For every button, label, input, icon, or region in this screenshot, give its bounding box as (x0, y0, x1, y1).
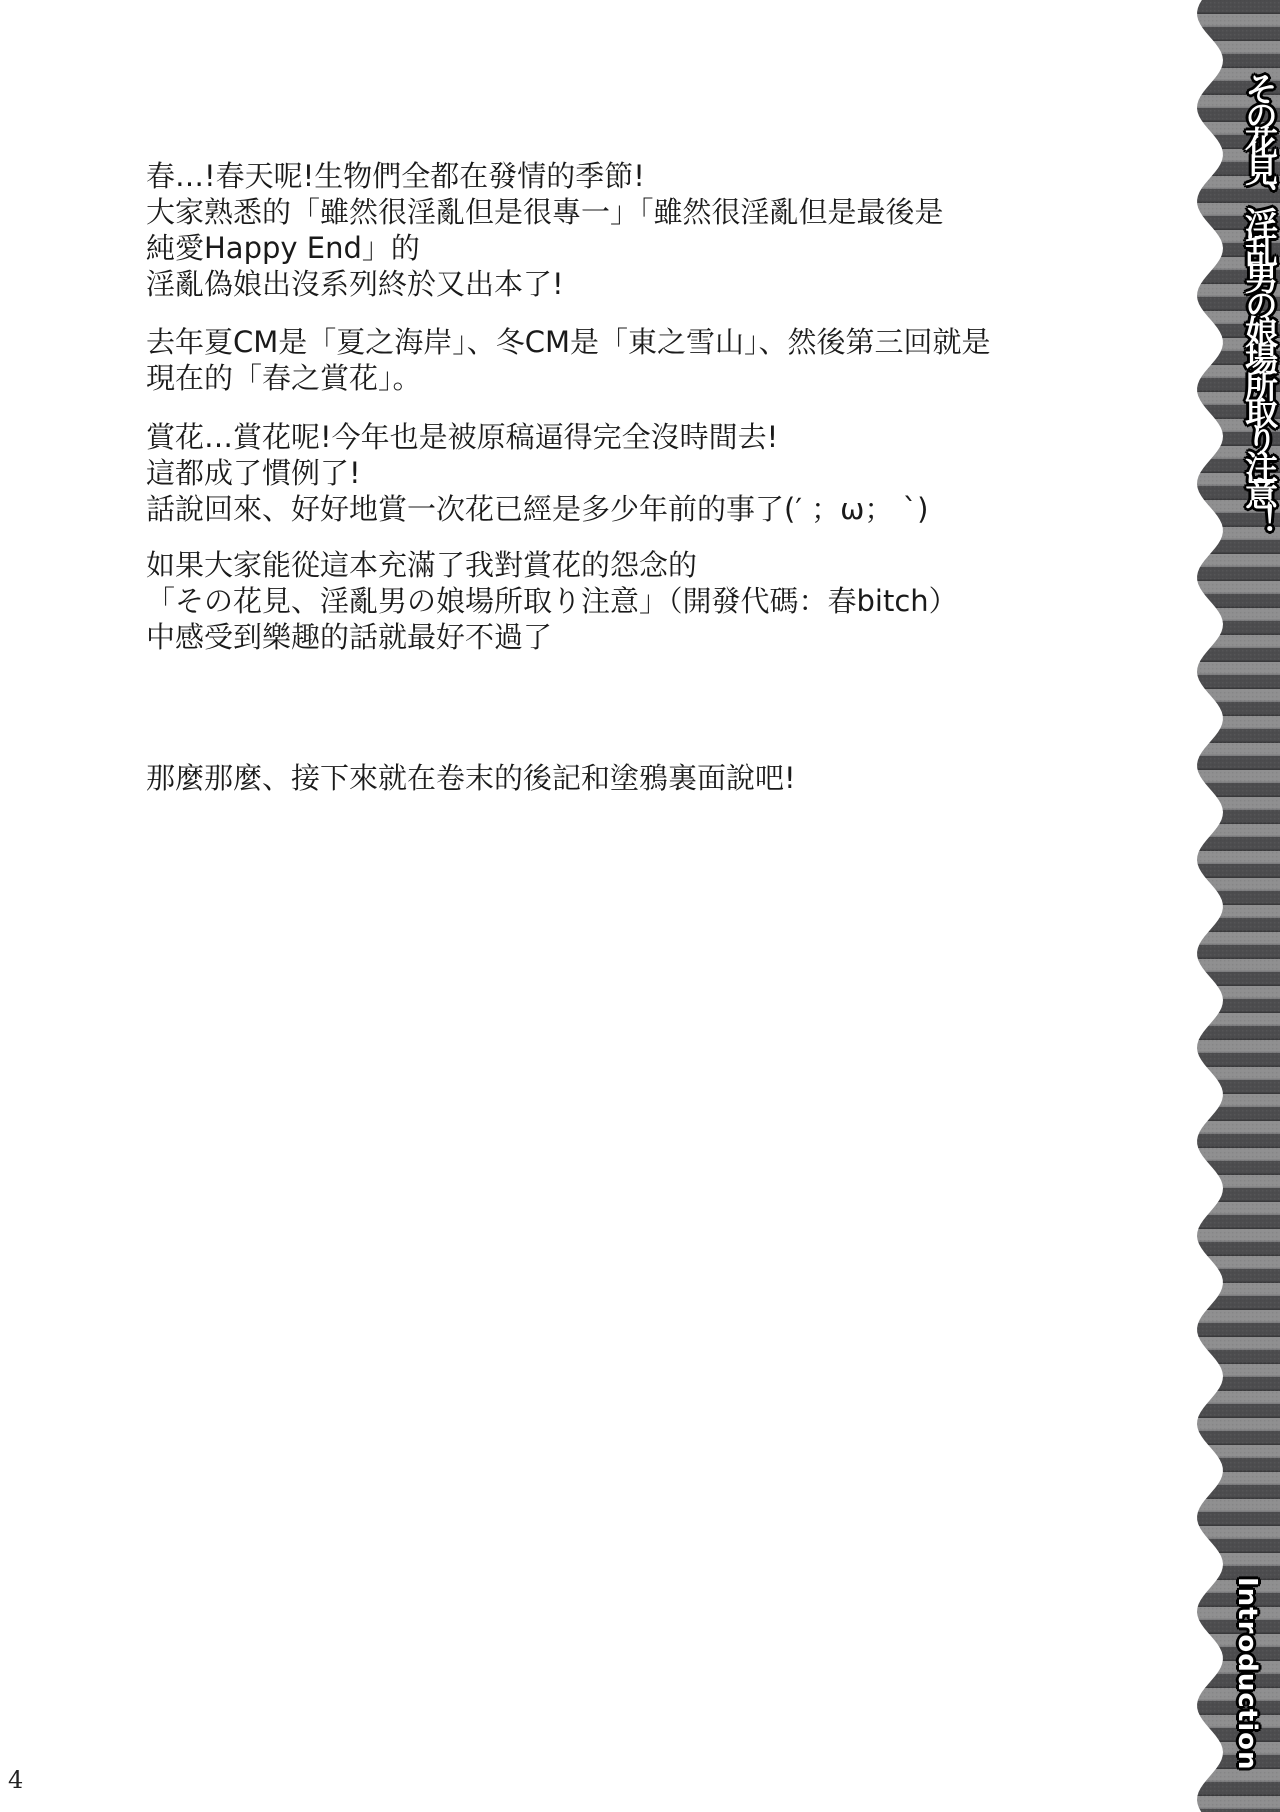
paragraph-3: 賞花…賞花呢!今年也是被原稿逼得完全沒時間去! 這都成了慣例了! 話說回來、好好… (146, 419, 928, 527)
paragraph-2: 去年夏CM是「夏之海岸」、冬CM是「東之雪山」、然後第三回就是 現在的「春之賞花… (146, 324, 991, 396)
body-text-line: 「その花見、淫亂男の娘場所取り注意」（開發代碼：春bitch） (146, 583, 958, 619)
paragraph-4: 如果大家能從這本充滿了我對賞花的怨念的 「その花見、淫亂男の娘場所取り注意」（開… (146, 547, 958, 655)
sidebar-vertical-title: その花見、淫乱男の娘場所取り注意！ (1243, 72, 1276, 531)
body-text-line: 那麼那麼、接下來就在卷末的後記和塗鴉裏面說吧! (146, 760, 796, 796)
body-text-line: 純愛Happy End」的 (146, 230, 944, 266)
body-text-line: 現在的「春之賞花」。 (146, 360, 991, 396)
introduction-label: Introduction (1232, 1577, 1262, 1771)
page-number: 4 (8, 1766, 23, 1794)
body-text-line: 如果大家能從這本充滿了我對賞花的怨念的 (146, 547, 958, 583)
body-text-line: 大家熟悉的「雖然很淫亂但是很專一」「雖然很淫亂但是最後是 (146, 194, 944, 230)
body-text-line: 中感受到樂趣的話就最好不過了 (146, 619, 958, 655)
paragraph-5: 那麼那麼、接下來就在卷末的後記和塗鴉裏面說吧! (146, 760, 796, 796)
body-text-line: 賞花…賞花呢!今年也是被原稿逼得完全沒時間去! (146, 419, 928, 455)
body-text-line: 春…!春天呢!生物們全都在發情的季節! (146, 158, 944, 194)
body-text-line: 淫亂偽娘出沒系列終於又出本了! (146, 266, 944, 302)
body-text-line: 這都成了慣例了! (146, 455, 928, 491)
paragraph-1: 春…!春天呢!生物們全都在發情的季節! 大家熟悉的「雖然很淫亂但是很專一」「雖然… (146, 158, 944, 302)
body-text-line: 去年夏CM是「夏之海岸」、冬CM是「東之雪山」、然後第三回就是 (146, 324, 991, 360)
document-page: その花見、淫乱男の娘場所取り注意！ Introduction 春…!春天呢!生物… (0, 0, 1280, 1812)
body-text-line: 話說回來、好好地賞一次花已經是多少年前的事了(′ ；ω； `) (146, 491, 928, 527)
